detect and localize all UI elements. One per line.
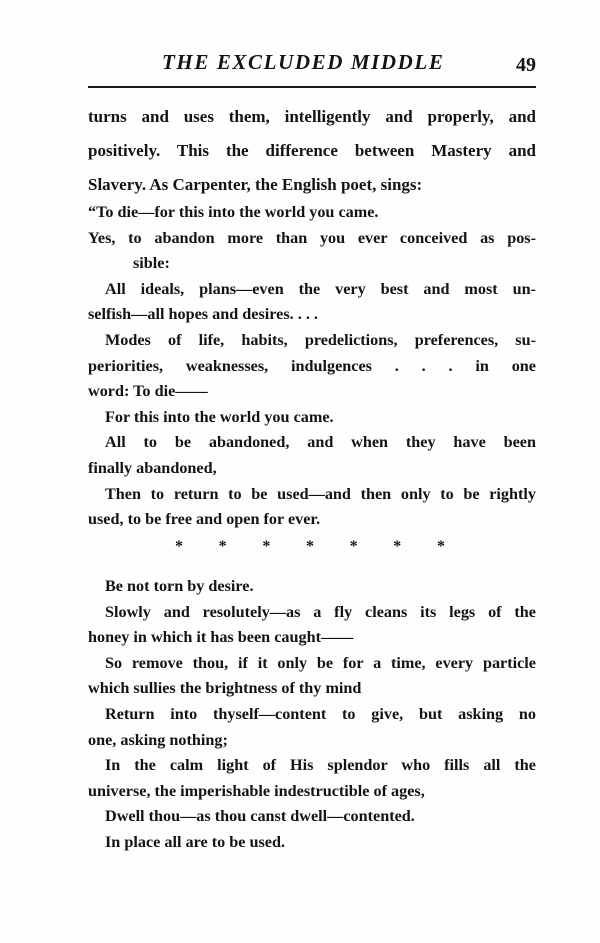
verse-line: used, to be free and open for ever. [88,507,536,533]
verse-line: Yes, to abandon more than you ever conce… [88,226,536,252]
prose-line: turns and uses them, intelligently and p… [88,100,536,134]
verse-line: periorities, weaknesses, indulgences . .… [88,354,536,380]
verse-line: honey in which it has been caught—— [88,625,536,651]
header-rule [88,86,536,88]
asterisk: * [393,538,401,556]
prose-line: positively. This the difference between … [88,134,536,168]
verse-line: So remove thou, if it only be for a time… [88,651,536,677]
verse-quotation-part-1: “To die—for this into the world you came… [88,200,536,533]
asterisk: * [306,538,314,556]
verse-line: All ideals, plans—even the very best and… [88,277,536,303]
verse-line: finally abandoned, [88,456,536,482]
verse-quotation-part-2: Be not torn by desire. Slowly and resolu… [88,574,536,856]
prose-line: Slavery. As Carpenter, the English poet,… [88,168,536,202]
running-title: THE EXCLUDED MIDDLE [162,50,444,75]
asterisk: * [437,538,445,556]
verse-line: universe, the imperishable indestructibl… [88,779,536,805]
verse-line: one, asking nothing; [88,728,536,754]
verse-line: Slowly and resolutely—as a fly cleans it… [88,600,536,626]
verse-line: which sullies the brightness of thy mind [88,676,536,702]
verse-line: In the calm light of His splendor who fi… [88,753,536,779]
verse-line: All to be abandoned, and when they have … [88,430,536,456]
verse-line: Be not torn by desire. [88,574,536,600]
verse-line: Return into thyself—content to give, but… [88,702,536,728]
verse-line: Then to return to be used—and then only … [88,482,536,508]
verse-line: Modes of life, habits, predelictions, pr… [88,328,536,354]
section-break-asterisks: * * * * * * * [175,538,445,556]
verse-line: In place all are to be used. [88,830,536,856]
asterisk: * [262,538,270,556]
running-head: THE EXCLUDED MIDDLE 49 [88,50,536,84]
asterisk: * [175,538,183,556]
asterisk: * [219,538,227,556]
book-page: THE EXCLUDED MIDDLE 49 turns and uses th… [0,0,600,943]
verse-line: selfish—all hopes and desires. . . . [88,302,536,328]
verse-line: sible: [88,251,536,277]
verse-line: Dwell thou—as thou canst dwell—contented… [88,804,536,830]
verse-line: For this into the world you came. [88,405,536,431]
prose-paragraph: turns and uses them, intelligently and p… [88,100,536,202]
verse-line: “To die—for this into the world you came… [88,200,536,226]
verse-line: word: To die—— [88,379,536,405]
asterisk: * [350,538,358,556]
page-number: 49 [516,54,536,77]
